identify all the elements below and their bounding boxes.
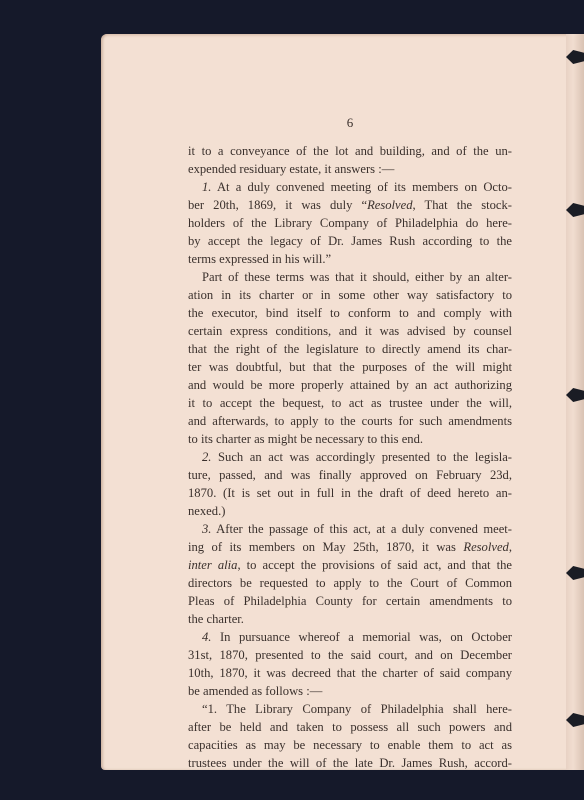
text-line: Part of these terms was that it should, … xyxy=(188,268,512,286)
text-line: capacities as may be necessary to enable… xyxy=(188,736,512,754)
text-line: trustees under the will of the late Dr. … xyxy=(188,754,512,772)
text-line: ing of its members on May 25th, 1870, it… xyxy=(188,538,512,556)
text-line: inter alia, to accept the provisions of … xyxy=(188,556,512,574)
text-line: expended residuary estate, it answers :— xyxy=(188,160,512,178)
text-line: holders of the Library Company of Philad… xyxy=(188,214,512,232)
text-line: be amended as follows :— xyxy=(188,682,512,700)
text-line: after be held and taken to possess all s… xyxy=(188,718,512,736)
text-line: and afterwards, to apply to the courts f… xyxy=(188,412,512,430)
text-line: the charter. xyxy=(188,610,512,628)
text-line: directors be requested to apply to the C… xyxy=(188,574,512,592)
book-spine xyxy=(566,34,584,770)
text-line: 10th, 1870, it was decreed that the char… xyxy=(188,664,512,682)
text-line: Pleas of Philadelphia County for certain… xyxy=(188,592,512,610)
text-line: terms expressed in his will.” xyxy=(188,250,512,268)
text-line: ation in its charter or in some other wa… xyxy=(188,286,512,304)
page-number: 6 xyxy=(188,114,512,132)
text-line: ber 20th, 1869, it was duly “Resolved, T… xyxy=(188,196,512,214)
text-line: 4. In pursuance whereof a memorial was, … xyxy=(188,628,512,646)
text-line: “1. The Library Company of Philadelphia … xyxy=(188,700,512,718)
text-line: it to accept the bequest, to act as trus… xyxy=(188,394,512,412)
text-line: to its charter as might be necessary to … xyxy=(188,430,512,448)
text-line: 1. At a duly convened meeting of its mem… xyxy=(188,178,512,196)
text-line: that the right of the legislature to dir… xyxy=(188,340,512,358)
text-line: 2. Such an act was accordingly presented… xyxy=(188,448,512,466)
text-line: ture, passed, and was finally approved o… xyxy=(188,466,512,484)
text-line: 3. After the passage of this act, at a d… xyxy=(188,520,512,538)
text-line: ter was doubtful, but that the purposes … xyxy=(188,358,512,376)
text-line: certain express conditions, and it was a… xyxy=(188,322,512,340)
text-line: the executor, bind itself to conform to … xyxy=(188,304,512,322)
text-line: and would be more properly attained by a… xyxy=(188,376,512,394)
text-line: 31st, 1870, presented to the said court,… xyxy=(188,646,512,664)
text-line: 1870. (It is set out in full in the draf… xyxy=(188,484,512,502)
text-line: by accept the legacy of Dr. James Rush a… xyxy=(188,232,512,250)
body-text: it to a conveyance of the lot and buildi… xyxy=(188,142,512,772)
text-line: nexed.) xyxy=(188,502,512,520)
text-line: it to a conveyance of the lot and buildi… xyxy=(188,142,512,160)
